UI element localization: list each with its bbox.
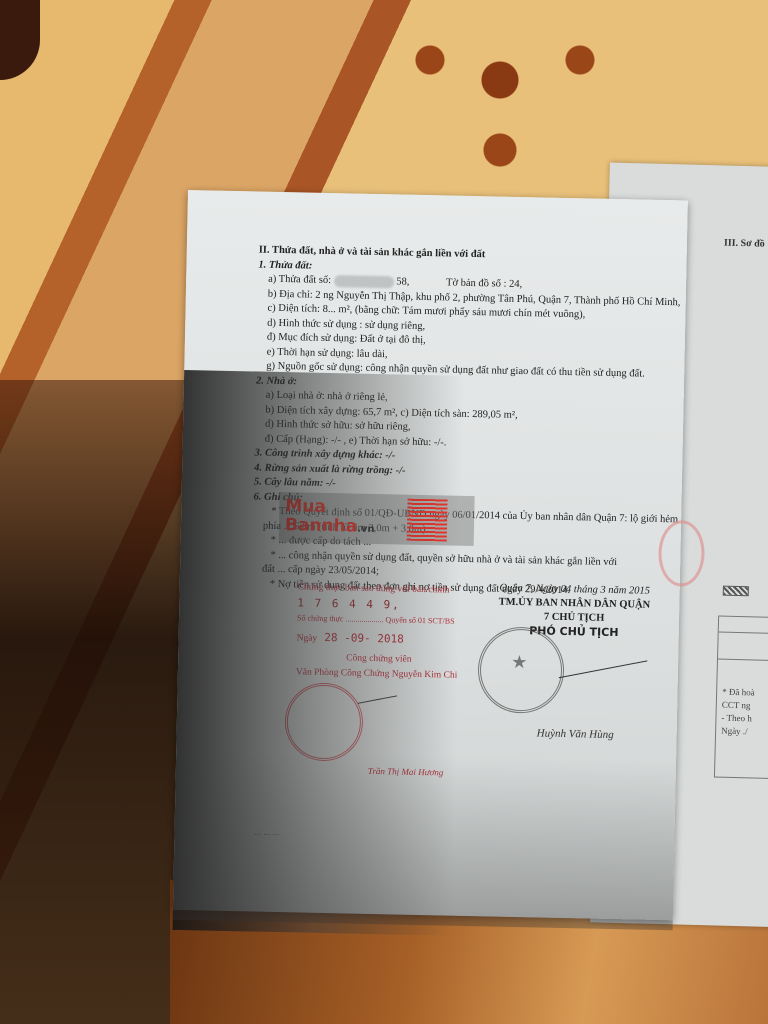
building-icon (407, 499, 448, 542)
redacted-area (334, 275, 394, 288)
watermark-line1: Mua (285, 498, 326, 516)
certification-date-label: Ngày (297, 633, 318, 643)
watermark-line2: Bannha.vn (285, 517, 375, 538)
notary-signature (358, 695, 397, 703)
footer-code: ... ... ... (254, 827, 279, 838)
notary-name: Trần Thị Mai Hương (368, 766, 444, 778)
land-parcel-label: a) Thửa đất số: (268, 274, 331, 286)
certification-date-line: Ngày 28 -09- 2018 (296, 629, 458, 649)
back-page-note: * Đã hoà CCT ng - Theo h Ngày ./ (721, 686, 768, 740)
issuer-name: Huỳnh Văn Hùng (537, 727, 614, 741)
map-sheet-number: Tờ bản đồ số : 24, (446, 276, 522, 292)
notary-office: Văn Phòng Công Chứng Nguyễn Kim Chi (296, 665, 458, 683)
legend-hatch-icon (723, 586, 749, 597)
issuer-signature (559, 660, 648, 678)
certificate-page: II. Thửa đất, nhà ở và tài sản khác gắn … (173, 190, 688, 920)
certificate-content: II. Thửa đất, nhà ở và tài sản khác gắn … (252, 243, 679, 600)
certification-line2: Số chứng thực ................... Quyển … (297, 610, 459, 628)
land-parcel-value: 58, (396, 276, 409, 287)
certification-date: 28 -09- 2018 (324, 631, 404, 646)
back-page-header: III. Sơ đồ (724, 238, 765, 250)
watermark-suffix: .vn (357, 524, 375, 535)
watermark: Mua Bannha.vn (279, 492, 475, 546)
certification-block: Chứng thực bản sao đúng với bản chính 1 … (296, 580, 459, 683)
watermark-brand: Bannha (285, 515, 358, 537)
committee-stamp (477, 626, 565, 714)
notary-red-stamp (284, 682, 364, 762)
